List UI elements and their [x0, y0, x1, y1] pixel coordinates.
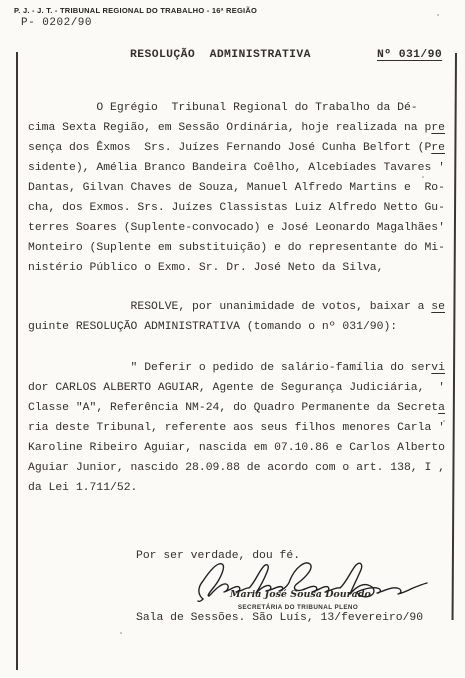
text-line: Classe "A", Referência NM-24, do Quadro … — [28, 398, 458, 418]
scan-speck — [422, 176, 424, 178]
text-line: Karoline Ribeiro Aguiar, nascida em 07.1… — [28, 438, 458, 458]
text-line: O Egrégio Tribunal Regional do Trabalho … — [28, 98, 458, 118]
text-line: RESOLVE, por unanimidade de votos, baixa… — [28, 297, 458, 317]
scan-speck — [437, 14, 439, 16]
text-line: Dantas, Gilvan Chaves de Souza, Manuel A… — [28, 178, 458, 198]
text-line: Aguiar Junior, nascido 28.09.88 de acord… — [28, 458, 458, 478]
document-number: Nº 031/90 — [377, 49, 442, 61]
signer-printed-name: Maria José Sousa Dourado — [230, 589, 365, 600]
text-line: ria deste Tribunal, referente aos seus f… — [28, 418, 458, 438]
text-line: cima Sexta Região, em Sessão Ordinária, … — [28, 118, 458, 138]
text-line: sidente), Amélia Branco Bandeira Coêlho,… — [28, 158, 458, 178]
text-line: terres Soares (Suplente-convocado) e Jos… — [28, 218, 458, 238]
scan-speck — [443, 420, 445, 422]
scan-speck — [120, 632, 122, 634]
text-line: guinte RESOLUÇÃO ADMINISTRATIVA (tomando… — [28, 317, 458, 337]
document-page: P. J. - J. T. - TRIBUNAL REGIONAL DO TRA… — [0, 0, 465, 678]
paragraph-preamble: O Egrégio Tribunal Regional do Trabalho … — [28, 98, 458, 278]
paragraph-decision: " Deferir o pedido de salário-família do… — [28, 358, 458, 498]
text-line: Monteiro (Suplente em substituição) e do… — [28, 238, 458, 258]
page-border-left — [16, 52, 18, 670]
signer-role: SECRETÁRIA DO TRIBUNAL PLENO — [228, 604, 368, 611]
text-line: nistério Público o Exmo. Sr. Dr. José Ne… — [28, 258, 458, 278]
text-line: cha, dos Exmos. Srs. Juízes Classistas L… — [28, 198, 458, 218]
document-title: RESOLUÇÃO ADMINISTRATIVA — [130, 49, 311, 61]
process-number: P- 0202/90 — [21, 17, 92, 29]
letterhead-org: P. J. - J. T. - TRIBUNAL REGIONAL DO TRA… — [14, 6, 257, 15]
paragraph-resolve: RESOLVE, por unanimidade de votos, baixa… — [28, 297, 458, 337]
text-line: dor CARLOS ALBERTO AGUIAR, Agente de Seg… — [28, 378, 458, 398]
text-line: sença dos Êxmos Srs. Juízes Fernando Jos… — [28, 138, 458, 158]
text-line: da Lei 1.711/52. — [28, 478, 458, 498]
text-line: " Deferir o pedido de salário-família do… — [28, 358, 458, 378]
